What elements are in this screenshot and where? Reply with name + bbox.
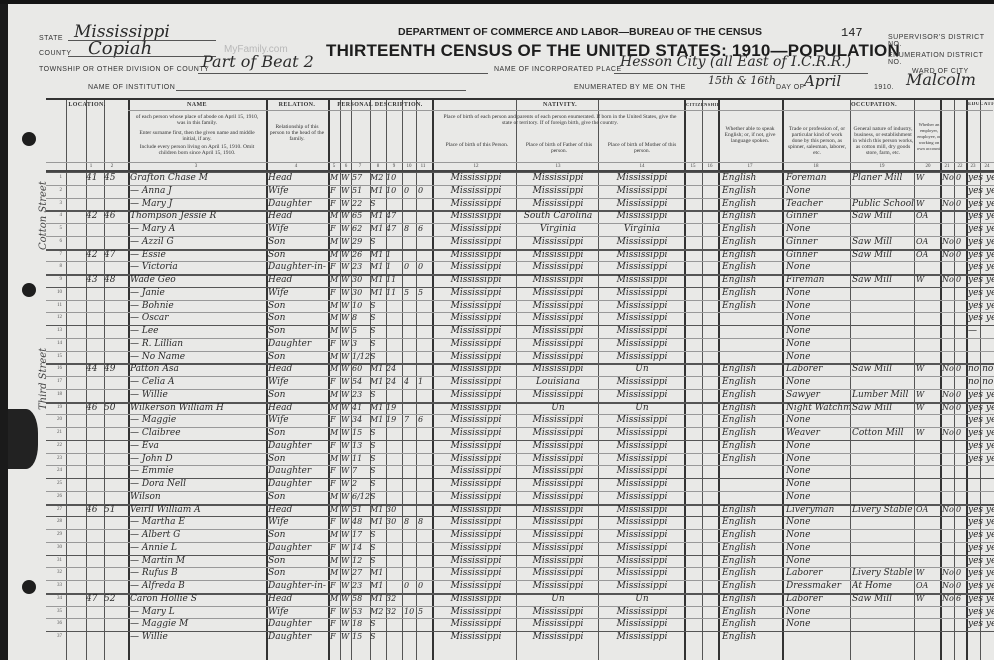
cell-emp: W [916,198,940,210]
cell-rel: Son [268,491,326,503]
cell-bp: Mississippi [436,325,516,337]
cell-emp [916,312,940,324]
cell-oow: No [942,580,956,592]
cell-lang: English [722,223,780,235]
cell-living [418,325,430,337]
cell-name: — Lee [130,325,264,337]
cell-trade: Sawyer [786,389,850,401]
cell-bm: Mississippi [600,287,684,299]
cell-ms: M1 [370,504,386,516]
cell-wks [956,618,966,630]
cell-race: W [341,185,351,197]
cell-lang: English [722,210,780,222]
cell-lang: English [722,555,780,567]
table-row: 164449Patton AsaHeadMW60M124MississippiM… [46,363,994,375]
cell-bm: Un [600,363,684,375]
group-name: Name [128,102,266,108]
cell-ind [852,300,914,312]
cell-emp [916,465,940,477]
cell-born [404,427,416,439]
cell-ms: S [370,427,386,439]
cell-dw: 47 [86,593,102,605]
cell-wks [956,414,966,426]
cell-age: 23 [352,261,370,273]
cell-trade: None [786,312,850,324]
cell-age: 30 [352,287,370,299]
cell-lang: English [722,427,780,439]
line-number: 31 [52,558,62,563]
cell-lang [722,338,780,350]
cell-ms: M1 [370,593,386,605]
cell-race: W [341,516,351,528]
cell-ind [852,606,914,618]
cell-born [404,631,416,643]
cell-dw [86,529,102,541]
cell-oow [942,338,956,350]
cell-yrs [386,618,400,630]
cell-sex: M [330,300,340,312]
cell-ind [852,516,914,528]
cell-sex: F [330,618,340,630]
cell-name: Thompson Jessie R [130,210,264,222]
cell-age: 53 [352,606,370,618]
cell-ind [852,542,914,554]
line-number: 19 [52,405,62,410]
column-number: 23 [968,164,978,169]
cell-lang [722,325,780,337]
cell-bp: Mississippi [436,440,516,452]
cell-race: W [341,172,351,184]
cell-emp [916,631,940,643]
cell-ms: M1 [370,580,386,592]
cell-sex: F [330,185,340,197]
cell-age: 5 [352,325,370,337]
cell-born [404,504,416,516]
cell-ms: M1 [370,516,386,528]
cell-emp [916,555,940,567]
cell-race: W [341,618,351,630]
cell-rel: Son [268,555,326,567]
cell-yrs [386,351,400,363]
cell-bm: Mississippi [600,427,684,439]
cell-oow [942,478,956,490]
cell-rel: Wife [268,414,326,426]
cell-edu: yes yes [968,567,994,579]
cell-living: 1 [418,376,430,388]
cell-lang: English [722,402,780,414]
cell-ms: M1 [370,274,386,286]
cell-ind [852,351,914,363]
cell-rel: Head [268,274,326,286]
cell-trade [786,631,850,643]
cell-edu: yes yes [968,427,994,439]
cell-trade: None [786,414,850,426]
cell-born [404,389,416,401]
cell-race: W [341,631,351,643]
line-number: 28 [52,519,62,524]
cell-age: 3 [352,338,370,350]
column-number: 3 [191,164,201,169]
cell-race: W [341,465,351,477]
cell-yrs [386,491,400,503]
group-personal: Personal Description. [328,102,432,108]
cell-born [404,236,416,248]
table-row: 15— No NameSonMW1/12SMississippiMississi… [46,351,994,363]
trade-header: Trade or profession of, or particular ki… [786,126,848,156]
cell-trade: None [786,453,850,465]
cell-dw [86,223,102,235]
cell-ms: M1 [370,567,386,579]
cell-ms: S [370,631,386,643]
cell-emp [916,351,940,363]
cell-edu [968,465,994,477]
cell-yrs [386,440,400,452]
cell-age: 22 [352,198,370,210]
cell-age: 48 [352,516,370,528]
cell-name: Wade Geo [130,274,264,286]
cell-sex: F [330,478,340,490]
cell-edu: yes yes [968,440,994,452]
cell-edu: yes yes [968,198,994,210]
cell-bm: Mississippi [600,580,684,592]
cell-emp: W [916,427,940,439]
cell-sex: M [330,351,340,363]
cell-trade: None [786,478,850,490]
cell-bf: Mississippi [518,567,598,579]
cell-bf: Mississippi [518,516,598,528]
cell-bf: Mississippi [518,427,598,439]
cell-edu: yes yes [968,210,994,222]
cell-edu [968,351,994,363]
cell-lang: English [722,414,780,426]
cell-bp: Mississippi [436,453,516,465]
cell-ms: M1 [370,210,386,222]
cell-sex: F [330,631,340,643]
cell-dw [86,376,102,388]
cell-trade: None [786,555,850,567]
cell-ind [852,529,914,541]
cell-yrs [386,555,400,567]
cell-edu: yes yes [968,249,994,261]
cell-rel: Son [268,351,326,363]
cell-lang: English [722,249,780,261]
cell-age: 27 [352,567,370,579]
cell-bp: Mississippi [436,363,516,375]
cell-ind: At Home [852,580,914,592]
column-number: 19 [877,164,887,169]
cell-name: — Eva [130,440,264,452]
cell-bm: Virginia [600,223,684,235]
cell-born: 8 [404,223,416,235]
cell-race: W [341,593,351,605]
cell-emp: OA [916,580,940,592]
cell-sex: M [330,491,340,503]
column-number: 13 [553,164,563,169]
cell-bm: Mississippi [600,300,684,312]
line-number: 8 [52,264,62,269]
enumeration-district-label: Enumeration District No. [888,52,994,66]
cell-race: W [341,542,351,554]
cell-ms: S [370,618,386,630]
header-divider [46,162,994,163]
state-label: State [39,35,63,42]
table-row: 14145Grafton Chase MHeadMW57M210Mississi… [46,172,994,184]
cell-ind: Saw Mill [852,274,914,286]
cell-ind: Saw Mill [852,363,914,375]
cell-living [418,631,430,643]
cell-wks: 0 [956,427,966,439]
cell-lang: English [722,261,780,273]
cell-rel: Son [268,312,326,324]
cell-born: 0 [404,261,416,273]
cell-emp: W [916,593,940,605]
cell-living [418,236,430,248]
cell-lang: English [722,172,780,184]
table-row: 23— John DSonMW11SMississippiMississippi… [46,453,994,465]
name-description: of each person whose place of abode on A… [132,114,262,126]
cell-oow: No [942,172,956,184]
cell-sex: M [330,210,340,222]
table-row: 31— Martin MSonMW12SMississippiMississip… [46,555,994,567]
line-number: 3 [52,201,62,206]
cell-oow [942,185,956,197]
line-number: 17 [52,379,62,384]
cell-ind [852,325,914,337]
cell-bp: Mississippi [436,261,516,273]
cell-bp: Mississippi [436,567,516,579]
table-row: 94348Wade GeoHeadMW30M111MississippiMiss… [46,274,994,286]
cell-trade: Fireman [786,274,850,286]
cell-living [418,312,430,324]
county-label: County [39,50,72,57]
cell-yrs [386,631,400,643]
cell-oow [942,325,956,337]
name-description-3: Include every person living on April 15,… [132,144,262,156]
cell-rel: Wife [268,376,326,388]
cell-emp: W [916,363,940,375]
cell-living: 6 [418,223,430,235]
cell-ind [852,261,914,273]
cell-trade: None [786,440,850,452]
cell-name: — Dora Nell [130,478,264,490]
cell-name: — Victoria [130,261,264,273]
cell-bm: Mississippi [600,198,684,210]
cell-bf: Mississippi [518,300,598,312]
cell-wks [956,529,966,541]
cell-bf: Un [518,402,598,414]
cell-wks [956,287,966,299]
cell-name: — Mary J [130,198,264,210]
cell-fam [104,580,126,592]
cell-ms: S [370,236,386,248]
cell-fam [104,338,126,350]
column-number: 16 [705,164,715,169]
cell-yrs [386,300,400,312]
cell-wks [956,555,966,567]
cell-trade: Teacher [786,198,850,210]
cell-race: W [341,529,351,541]
cell-born: 7 [404,414,416,426]
cell-bm: Mississippi [600,567,684,579]
cell-lang: English [722,631,780,643]
cell-oow [942,555,956,567]
cell-fam [104,427,126,439]
cell-bm: Mississippi [600,542,684,554]
cell-race: W [341,198,351,210]
cell-yrs [386,338,400,350]
cell-sex: M [330,453,340,465]
industry-header: General nature of industry, business, or… [852,126,914,156]
cell-ind: Lumber Mill [852,389,914,401]
cell-rel: Wife [268,287,326,299]
cell-race: W [341,504,351,516]
cell-yrs: 19 [386,402,400,414]
cell-rel: Wife [268,223,326,235]
cell-race: W [341,312,351,324]
punch-hole [22,580,36,594]
cell-wks [956,338,966,350]
cell-bf: Mississippi [518,363,598,375]
cell-ms: S [370,440,386,452]
cell-edu [968,491,994,503]
cell-bf: Mississippi [518,312,598,324]
birth-person-header: Place of birth of this Person. [436,142,518,148]
cell-yrs: 10 [386,172,400,184]
punch-hole [22,132,36,146]
incorporated-place-label: Name of incorporated place [494,66,622,73]
cell-ind: Saw Mill [852,593,914,605]
cell-ind [852,414,914,426]
table-row: 8— VictoriaDaughter-in-lawFW23M1100Missi… [46,261,994,273]
line-number: 14 [52,341,62,346]
cell-wks: 6 [956,593,966,605]
cell-born [404,567,416,579]
cell-bp: Mississippi [436,427,516,439]
cell-ms: S [370,453,386,465]
cell-edu: no no [968,363,994,375]
cell-oow: No [942,427,956,439]
line-number: 12 [52,315,62,320]
cell-bf: Mississippi [518,504,598,516]
cell-age: 51 [352,185,370,197]
cell-ind: Cotton Mill [852,427,914,439]
cell-yrs: 47 [386,223,400,235]
line-number: 15 [52,354,62,359]
cell-bf: Un [518,593,598,605]
cell-born [404,312,416,324]
cell-yrs [386,580,400,592]
table-row: 12— OscarSonMW8SMississippiMississippiMi… [46,312,994,324]
cell-rel: Son [268,389,326,401]
cell-emp [916,618,940,630]
cell-trade: None [786,376,850,388]
cell-race: W [341,274,351,286]
cell-bm: Mississippi [600,516,684,528]
cell-born: 0 [404,580,416,592]
cell-age: 15 [352,427,370,439]
cell-name: — Claibree [130,427,264,439]
page-number: 147 [841,26,863,40]
cell-bf: Mississippi [518,529,598,541]
cell-lang: English [722,440,780,452]
census-sheet: State Mississippi County Copiah MyFamily… [8,4,994,660]
cell-ind: Saw Mill [852,402,914,414]
cell-emp [916,261,940,273]
cell-bm: Mississippi [600,274,684,286]
cell-yrs: 10 [386,185,400,197]
cell-oow [942,516,956,528]
cell-lang [722,312,780,324]
cell-wks: 0 [956,198,966,210]
cell-age: 23 [352,580,370,592]
cell-edu: yes yes [968,312,994,324]
cell-living [418,198,430,210]
table-row: 28— Martha EWifeFW48M13088MississippiMis… [46,516,994,528]
cell-yrs: 32 [386,593,400,605]
cell-race: W [341,249,351,261]
cell-bf: Mississippi [518,542,598,554]
cell-born [404,542,416,554]
cell-fam [104,325,126,337]
cell-living [418,504,430,516]
cell-ms: M1 [370,261,386,273]
cell-born [404,491,416,503]
cell-name: Grafton Chase M [130,172,264,184]
cell-edu: yes yes [968,300,994,312]
cell-race: W [341,223,351,235]
cell-edu: yes yes [968,516,994,528]
cell-oow [942,529,956,541]
cell-ind [852,618,914,630]
cell-dw [86,580,102,592]
cell-wks: 0 [956,567,966,579]
cell-sex: F [330,465,340,477]
cell-bf: Mississippi [518,618,598,630]
cell-born [404,478,416,490]
cell-oow [942,312,956,324]
cell-bp: Mississippi [436,236,516,248]
cell-wks [956,185,966,197]
cell-rel: Daughter [268,198,326,210]
cell-oow [942,453,956,465]
cell-ms: M1 [370,376,386,388]
cell-sex: M [330,389,340,401]
cell-bf: Mississippi [518,478,598,490]
cell-wks [956,542,966,554]
cell-wks [956,261,966,273]
institution-label: Name of institution [88,84,175,91]
cell-wks: 0 [956,580,966,592]
cell-edu: — [968,325,994,337]
cell-ms: M1 [370,223,386,235]
cell-trade: None [786,223,850,235]
cell-bm: Mississippi [600,172,684,184]
cell-born [404,325,416,337]
cell-ind [852,338,914,350]
table-row: 14— R. LillianDaughterFW3SMississippiMis… [46,338,994,350]
scan-shadow [8,409,38,469]
cell-born [404,363,416,375]
cell-lang: English [722,300,780,312]
cell-wks: 0 [956,363,966,375]
cell-trade: None [786,338,850,350]
cell-bf: Mississippi [518,440,598,452]
cell-bf: Mississippi [518,414,598,426]
cell-rel: Son [268,567,326,579]
cell-lang: English [722,389,780,401]
cell-bp: Mississippi [436,223,516,235]
cell-born [404,593,416,605]
